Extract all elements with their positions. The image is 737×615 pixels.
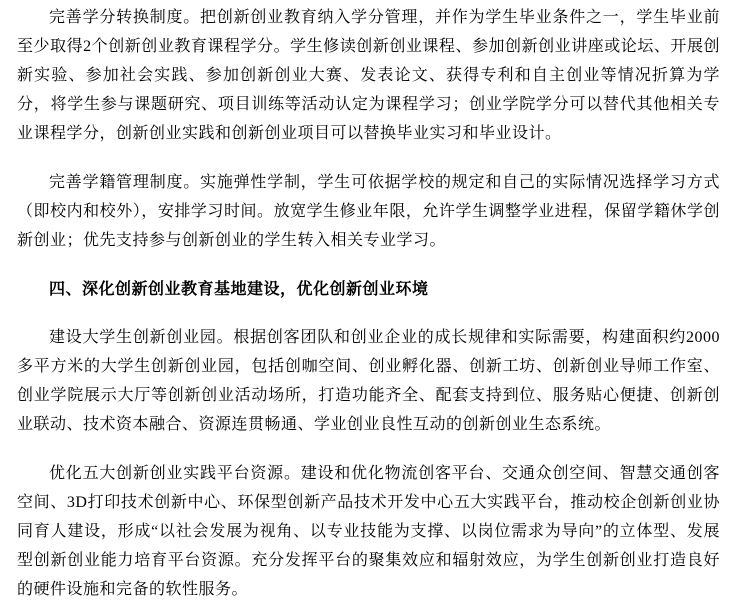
body-paragraph-practice-platforms: 优化五大创新创业实践平台资源。建设和优化物流创客平台、交通众创空间、智慧交通创客…	[17, 459, 720, 604]
document-page: 完善学分转换制度。把创新创业教育纳入学分管理，并作为学生毕业条件之一，学生毕业前…	[0, 0, 737, 615]
document-body: 完善学分转换制度。把创新创业教育纳入学分管理，并作为学生毕业条件之一，学生毕业前…	[17, 3, 720, 604]
section-heading-part-four: 四、深化创新创业教育基地建设，优化创新创业环境	[17, 275, 720, 304]
body-paragraph-enrollment-management: 完善学籍管理制度。实施弹性学制，学生可依据学校的规定和自己的实际情况选择学习方式…	[17, 168, 720, 255]
body-paragraph-credit-conversion: 完善学分转换制度。把创新创业教育纳入学分管理，并作为学生毕业条件之一，学生毕业前…	[17, 3, 720, 148]
body-paragraph-innovation-park: 建设大学生创新创业园。根据创客团队和创业企业的成长规律和实际需要，构建面积约20…	[17, 323, 720, 439]
